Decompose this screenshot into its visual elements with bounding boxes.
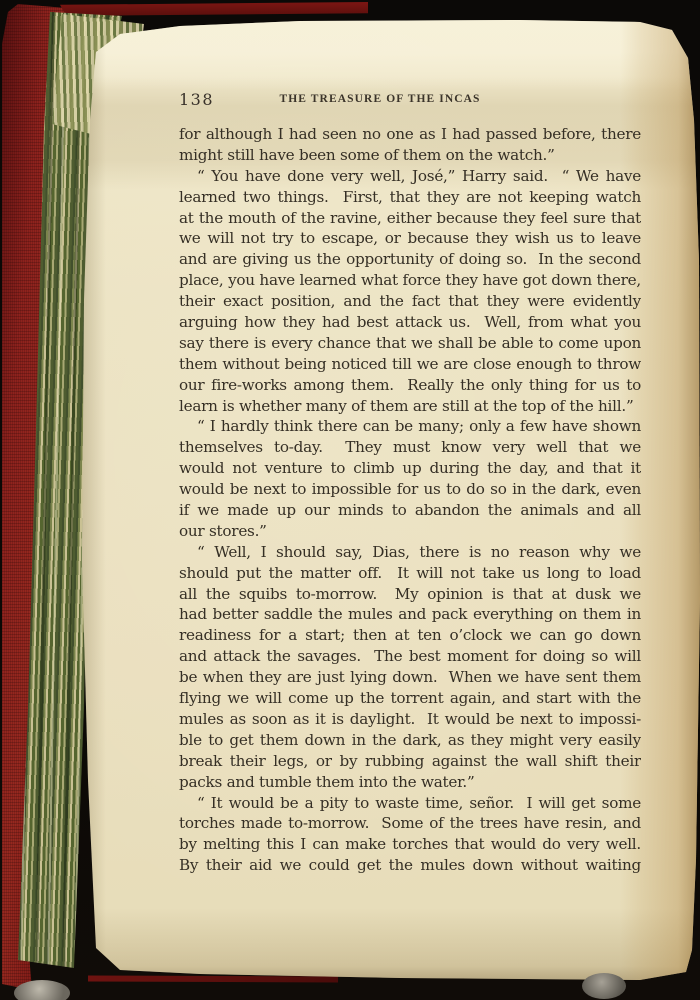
text-line: if we made up our minds to abandon the a… <box>179 500 641 521</box>
text-line: and are giving us the opportunity of doi… <box>179 249 641 270</box>
text-line: for although I had seen no one as I had … <box>179 124 641 145</box>
text-line: had better saddle the mules and pack eve… <box>179 604 641 625</box>
text-line: arguing how they had best attack us. Wel… <box>179 312 641 333</box>
text-line: their exact position, and the fact that … <box>179 291 641 312</box>
text-line: might still have been some of them on th… <box>179 145 641 166</box>
text-line: “ You have done very well, José,” Harry … <box>179 166 641 187</box>
text-line: themselves to-day. They must know very w… <box>179 437 641 458</box>
text-line: be when they are just lying down. When w… <box>179 667 641 688</box>
text-line: and attack the savages. The best moment … <box>179 646 641 667</box>
text-line: readiness for a start; then at ten o’clo… <box>179 625 641 646</box>
text-line: break their legs, or by rubbing against … <box>179 751 641 772</box>
text-line: “ Well, I should say, Dias, there is no … <box>179 542 641 563</box>
text-line: “ It would be a pity to waste time, seño… <box>179 793 641 814</box>
text-line: packs and tumble them into the water.” <box>179 772 641 793</box>
running-title: THE TREASURE OF THE INCAS <box>279 93 480 105</box>
text-line: all the squibs to-morrow. My opinion is … <box>179 584 641 605</box>
page-number: 138 <box>179 90 214 109</box>
text-line: flying we will come up the torrent again… <box>179 688 641 709</box>
book-cover-top-edge <box>60 2 368 16</box>
text-line: we will not try to escape, or because th… <box>179 228 641 249</box>
text-line: should put the matter off. It will not t… <box>179 563 641 584</box>
text-line: say there is every chance that we shall … <box>179 333 641 354</box>
text-line: mules as soon as it is daylight. It woul… <box>179 709 641 730</box>
running-header: 138 THE TREASURE OF THE INCAS <box>179 90 641 112</box>
text-line: would not venture to climb up during the… <box>179 458 641 479</box>
text-line: our fire-works among them. Really the on… <box>179 375 641 396</box>
cradle-knob-left <box>14 980 70 1000</box>
text-line: By their aid we could get the mules down… <box>179 855 641 876</box>
book-scan: 138 THE TREASURE OF THE INCAS for althou… <box>0 0 700 1000</box>
text-line: learn is whether many of them are still … <box>179 396 641 417</box>
text-line: at the mouth of the ravine, either becau… <box>179 208 641 229</box>
text-line: place, you have learned what force they … <box>179 270 641 291</box>
text-line: would be next to impossible for us to do… <box>179 479 641 500</box>
text-line: ble to get them down in the dark, as the… <box>179 730 641 751</box>
text-line: learned two things. First, that they are… <box>179 187 641 208</box>
book-cover-bottom-edge <box>88 975 338 982</box>
cradle-knob-right <box>582 973 626 999</box>
text-line: “ I hardly think there can be many; only… <box>179 416 641 437</box>
text-line: them without being noticed till we are c… <box>179 354 641 375</box>
text-line: torches made to-morrow. Some of the tree… <box>179 813 641 834</box>
text-line: by melting this I can make torches that … <box>179 834 641 855</box>
body-text: for although I had seen no one as I had … <box>179 124 641 876</box>
text-line: our stores.” <box>179 521 641 542</box>
